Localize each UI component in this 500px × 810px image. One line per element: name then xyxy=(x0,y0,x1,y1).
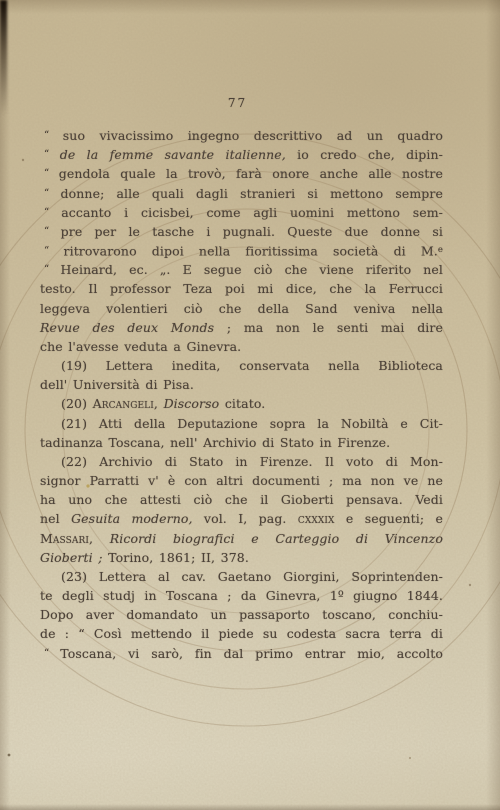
text-segment: Gesuita moderno, xyxy=(71,511,192,526)
text-line: Dopo aver domandato un passaporto toscan… xyxy=(40,605,443,624)
text-line: “ suo vivacissimo ingegno descrittivo ad… xyxy=(40,126,443,145)
text-line: de : “ Così mettendo il piede su codesta… xyxy=(40,624,443,643)
text-segment: Torino, 1861; II, 378. xyxy=(103,550,249,565)
text-segment: “ xyxy=(44,648,60,659)
text-segment: gendola quale la trovò, farà onore anche… xyxy=(59,166,443,181)
text-line: che l'avesse veduta a Ginevra. xyxy=(40,337,443,356)
text-segment: “ xyxy=(44,246,64,257)
text-segment: donne; alle quali dagli stranieri si met… xyxy=(61,186,443,201)
text-line: Gioberti ; Torino, 1861; II, 378. xyxy=(40,548,443,567)
text-segment: Toscana, vi sarò, fin dal primo entrar m… xyxy=(60,646,443,661)
text-line: (23) Lettera al cav. Gaetano Giorgini, S… xyxy=(40,567,443,586)
text-line: (22) Archivio di Stato in Firenze. Il vo… xyxy=(40,452,443,471)
text-segment: vol. I, pag. xyxy=(193,511,298,526)
page-number: 77 xyxy=(40,96,435,110)
text-segment: , xyxy=(89,531,110,546)
text-line: (21) Atti della Deputazione sopra la Nob… xyxy=(40,414,443,433)
text-segment: “ xyxy=(44,149,60,160)
text-line: “ donne; alle quali dagli stranieri si m… xyxy=(40,184,443,203)
text-line: ha uno che attesti ciò che il Gioberti p… xyxy=(40,490,443,509)
text-segment: te degli studj in Toscana ; da Ginevra, … xyxy=(40,588,443,603)
text-line: dell' Università di Pisa. xyxy=(40,375,443,394)
text-line: (19) Lettera inedita, conservata nella B… xyxy=(40,356,443,375)
text-segment: pre per le tasche i pugnali. Queste due … xyxy=(61,224,443,239)
text-segment: Ricordi biografici e Carteggio di Vincen… xyxy=(110,531,443,546)
text-line: “ de la femme savante italienne, io cred… xyxy=(40,145,443,164)
text-segment: , xyxy=(154,396,164,411)
text-segment: (22) Archivio di Stato in Firenze. Il vo… xyxy=(61,454,443,469)
text-segment: Dopo aver domandato un passaporto toscan… xyxy=(40,607,443,622)
text-segment: “ xyxy=(44,226,61,237)
text-line: “ Toscana, vi sarò, fin dal primo entrar… xyxy=(40,644,443,663)
text-line: Revue des deux Monds ; ma non le senti m… xyxy=(40,318,443,337)
text-segment: de la femme savante italienne, xyxy=(60,147,286,162)
text-segment: “ xyxy=(44,168,59,179)
text-segment: Heinard, ec. „. E segue ciò che viene ri… xyxy=(61,262,444,277)
text-segment: testo. Il professor Teza poi mi dice, ch… xyxy=(40,281,443,296)
book-page: 77 “ suo vivacissimo ingegno descrittivo… xyxy=(0,0,500,810)
text-line: nel Gesuita moderno, vol. I, pag. cxxxix… xyxy=(40,509,443,528)
text-line: leggeva volentieri ciò che della Sand ve… xyxy=(40,299,443,318)
text-line: “ pre per le tasche i pugnali. Queste du… xyxy=(40,222,443,241)
text-line: signor Parratti v' è con altri documenti… xyxy=(40,471,443,490)
text-segment: ritrovarono dipoi nella fioritissima soc… xyxy=(64,244,438,259)
text-line: te degli studj in Toscana ; da Ginevra, … xyxy=(40,586,443,605)
text-line: “ Heinard, ec. „. E segue ciò che viene … xyxy=(40,260,443,279)
text-segment: suo vivacissimo ingegno descrittivo ad u… xyxy=(63,128,443,143)
text-block: “ suo vivacissimo ingegno descrittivo ad… xyxy=(40,126,443,663)
text-segment: io credo che, dipin- xyxy=(286,147,443,162)
text-segment: che l'avesse veduta a Ginevra. xyxy=(40,339,241,354)
text-segment: Discorso xyxy=(164,396,220,411)
text-segment: Gioberti ; xyxy=(40,550,103,565)
text-segment: “ xyxy=(44,207,61,218)
text-segment: leggeva volentieri ciò che della Sand ve… xyxy=(40,301,443,316)
text-segment: (19) Lettera inedita, conservata nella B… xyxy=(61,358,443,373)
text-line: testo. Il professor Teza poi mi dice, ch… xyxy=(40,279,443,298)
text-segment: cxxxix xyxy=(298,511,335,526)
text-segment: e seguenti; e xyxy=(335,511,443,526)
text-line: “ gendola quale la trovò, farà onore anc… xyxy=(40,164,443,183)
text-segment: “ xyxy=(44,130,63,141)
text-segment: dell' Università di Pisa. xyxy=(40,377,194,392)
text-segment: ha uno che attesti ciò che il Gioberti p… xyxy=(40,492,443,507)
text-segment: signor Parratti v' è con altri documenti… xyxy=(40,473,443,488)
text-line: “ ritrovarono dipoi nella fioritissima s… xyxy=(40,241,443,260)
text-segment: “ xyxy=(44,264,61,275)
text-segment: Massari xyxy=(40,531,89,546)
text-segment: e xyxy=(438,245,443,255)
text-line: (20) Arcangeli, Discorso citato. xyxy=(40,394,443,413)
text-segment: (21) Atti della Deputazione sopra la Nob… xyxy=(61,416,443,431)
text-line: Massari, Ricordi biografici e Carteggio … xyxy=(40,529,443,548)
text-segment: (23) Lettera al cav. Gaetano Giorgini, S… xyxy=(61,569,443,584)
text-segment: Arcangeli xyxy=(93,396,154,411)
text-segment: de : “ Così mettendo il piede su codesta… xyxy=(40,626,443,641)
text-segment: (20) xyxy=(61,396,93,411)
text-segment: “ xyxy=(44,188,61,199)
text-segment: Revue des deux Monds xyxy=(40,320,214,335)
text-line: “ accanto i cicisbei, come agli uomini m… xyxy=(40,203,443,222)
binding-shadow xyxy=(0,0,7,115)
text-segment: citato. xyxy=(219,396,265,411)
text-segment: nel xyxy=(40,511,71,526)
text-segment: tadinanza Toscana, nell' Archivio di Sta… xyxy=(40,435,390,450)
text-segment: ; ma non le senti mai dire xyxy=(214,320,443,335)
text-line: tadinanza Toscana, nell' Archivio di Sta… xyxy=(40,433,443,452)
text-segment: accanto i cicisbei, come agli uomini met… xyxy=(61,205,443,220)
